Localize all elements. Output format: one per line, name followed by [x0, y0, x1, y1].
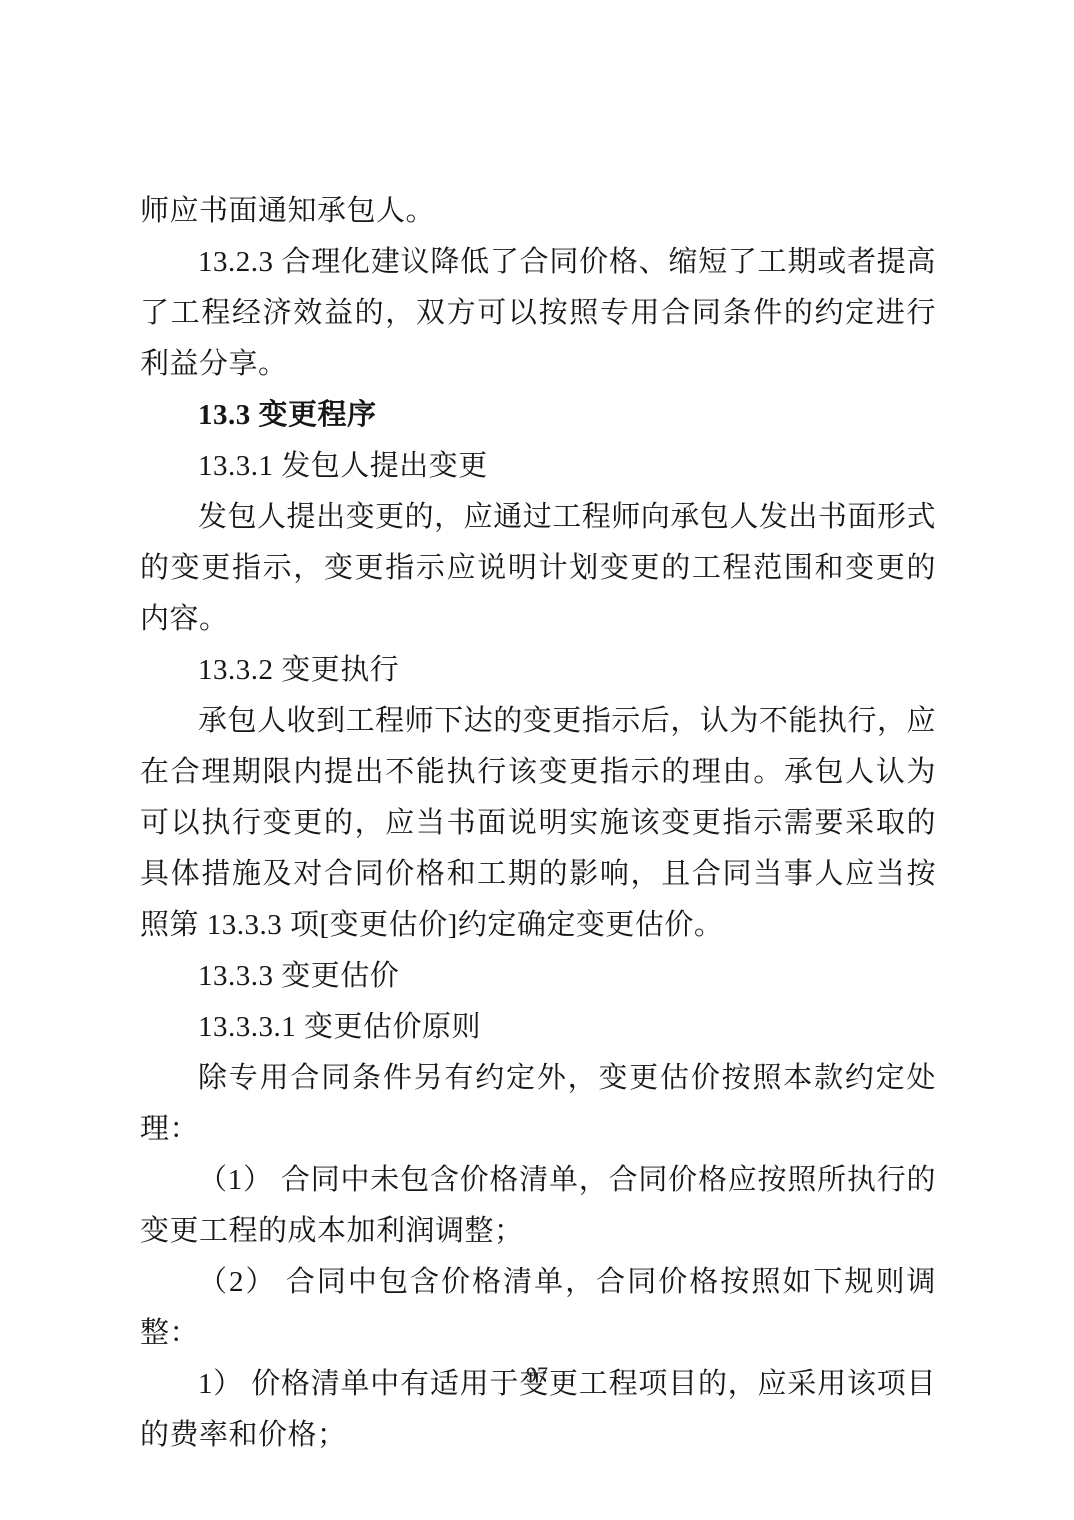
page-number: 97 [0, 1360, 1074, 1390]
document-body: 师应书面通知承包人。 13.2.3 合理化建议降低了合同价格、缩短了工期或者提高… [140, 186, 936, 1461]
paragraph-13-3-1-body: 发包人提出变更的，应通过工程师向承包人发出书面形式的变更指示，变更指示应说明计划… [140, 492, 936, 645]
subheading-13-3-3-1: 13.3.3.1 变更估价原则 [140, 1002, 936, 1053]
subheading-13-3-1: 13.3.1 发包人提出变更 [140, 441, 936, 492]
section-heading-13-3: 13.3 变更程序 [140, 390, 936, 441]
paragraph-valuation-intro: 除专用合同条件另有约定外，变更估价按照本款约定处理： [140, 1053, 936, 1155]
paragraph-item-1: （1） 合同中未包含价格清单，合同价格应按照所执行的变更工程的成本加利润调整； [140, 1155, 936, 1257]
subheading-13-3-3: 13.3.3 变更估价 [140, 951, 936, 1002]
paragraph-13-3-2-body: 承包人收到工程师下达的变更指示后，认为不能执行，应在合理期限内提出不能执行该变更… [140, 696, 936, 951]
paragraph-13-2-3: 13.2.3 合理化建议降低了合同价格、缩短了工期或者提高了工程经济效益的，双方… [140, 237, 936, 390]
paragraph-continuation: 师应书面通知承包人。 [140, 186, 936, 237]
paragraph-item-2: （2） 合同中包含价格清单，合同价格按照如下规则调整： [140, 1257, 936, 1359]
subheading-13-3-2: 13.3.2 变更执行 [140, 645, 936, 696]
document-page: 师应书面通知承包人。 13.2.3 合理化建议降低了合同价格、缩短了工期或者提高… [0, 0, 1074, 1520]
